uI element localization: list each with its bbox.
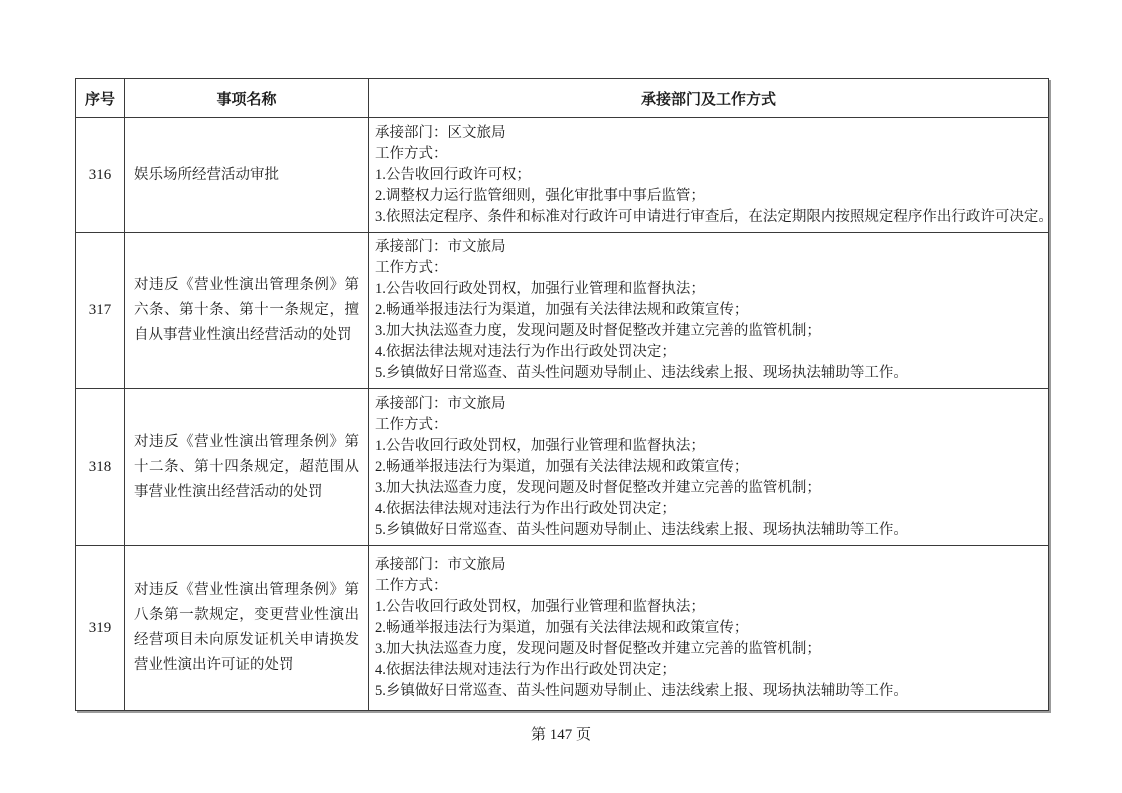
detail-line: 5.乡镇做好日常巡查、苗头性问题劝导制止、违法线索上报、现场执法辅助等工作。 [375,520,1040,541]
detail-line: 2.畅通举报违法行为渠道，加强有关法律法规和政策宣传； [375,300,1040,321]
detail-lines-cell: 承接部门：市文旅局 工作方式： 1.公告收回行政处罚权，加强行业管理和监督执法；… [369,546,1049,711]
item-name-cell: 娱乐场所经营活动审批 [125,118,369,233]
detail-line: 2.畅通举报违法行为渠道，加强有关法律法规和政策宣传； [375,618,1040,639]
detail-lines-cell: 承接部门：市文旅局 工作方式： 1.公告收回行政处罚权，加强行业管理和监督执法；… [369,389,1049,546]
document-page: 序号 事项名称 承接部门及工作方式 316 娱乐场所经营活动审批 承接部门：区文… [0,0,1122,793]
row-number-cell: 317 [76,233,125,389]
item-name-cell: 对违反《营业性演出管理条例》第八条第一款规定，变更营业性演出经营项目未向原发证机… [125,546,369,711]
detail-line: 5.乡镇做好日常巡查、苗头性问题劝导制止、违法线索上报、现场执法辅助等工作。 [375,363,1040,384]
page-footer: 第 147 页 [0,723,1122,744]
detail-lines-cell: 承接部门：区文旅局 工作方式： 1.公告收回行政许可权； 2.调整权力运行监管细… [369,118,1049,233]
table-row: 319 对违反《营业性演出管理条例》第八条第一款规定，变更营业性演出经营项目未向… [76,546,1049,711]
detail-line: 5.乡镇做好日常巡查、苗头性问题劝导制止、违法线索上报、现场执法辅助等工作。 [375,681,1040,702]
table-row: 317 对违反《营业性演出管理条例》第六条、第十条、第十一条规定，擅自从事营业性… [76,233,1049,389]
detail-line: 3.依照法定程序、条件和标准对行政许可申请进行审查后，在法定期限内按照规定程序作… [375,207,1040,228]
detail-line: 2.畅通举报违法行为渠道，加强有关法律法规和政策宣传； [375,457,1040,478]
detail-line: 1.公告收回行政处罚权，加强行业管理和监督执法； [375,279,1040,300]
table-row: 318 对违反《营业性演出管理条例》第十二条、第十四条规定，超范围从事营业性演出… [76,389,1049,546]
table-row: 316 娱乐场所经营活动审批 承接部门：区文旅局 工作方式： 1.公告收回行政许… [76,118,1049,233]
detail-line: 1.公告收回行政处罚权，加强行业管理和监督执法； [375,597,1040,618]
header-cell-item-name: 事项名称 [125,79,369,118]
detail-line: 承接部门：市文旅局 [375,555,1040,576]
items-table: 序号 事项名称 承接部门及工作方式 316 娱乐场所经营活动审批 承接部门：区文… [75,78,1049,711]
detail-lines-cell: 承接部门：市文旅局 工作方式： 1.公告收回行政处罚权，加强行业管理和监督执法；… [369,233,1049,389]
header-cell-department-method: 承接部门及工作方式 [369,79,1049,118]
detail-line: 承接部门：市文旅局 [375,394,1040,415]
row-number-cell: 316 [76,118,125,233]
item-name-cell: 对违反《营业性演出管理条例》第十二条、第十四条规定，超范围从事营业性演出经营活动… [125,389,369,546]
detail-line: 3.加大执法巡查力度，发现问题及时督促整改并建立完善的监管机制； [375,478,1040,499]
detail-line: 1.公告收回行政处罚权，加强行业管理和监督执法； [375,436,1040,457]
detail-line: 3.加大执法巡查力度，发现问题及时督促整改并建立完善的监管机制； [375,639,1040,660]
detail-line: 4.依据法律法规对违法行为作出行政处罚决定； [375,342,1040,363]
detail-line: 工作方式： [375,576,1040,597]
header-cell-serial-number: 序号 [76,79,125,118]
detail-line: 4.依据法律法规对违法行为作出行政处罚决定； [375,660,1040,681]
detail-line: 3.加大执法巡查力度，发现问题及时督促整改并建立完善的监管机制； [375,321,1040,342]
detail-line: 工作方式： [375,258,1040,279]
detail-line: 承接部门：市文旅局 [375,237,1040,258]
detail-line: 1.公告收回行政许可权； [375,165,1040,186]
detail-line: 工作方式： [375,144,1040,165]
table-header-row: 序号 事项名称 承接部门及工作方式 [76,79,1049,118]
item-name-cell: 对违反《营业性演出管理条例》第六条、第十条、第十一条规定，擅自从事营业性演出经营… [125,233,369,389]
detail-line: 承接部门：区文旅局 [375,123,1040,144]
row-number-cell: 319 [76,546,125,711]
detail-line: 工作方式： [375,415,1040,436]
detail-line: 2.调整权力运行监管细则，强化审批事中事后监管； [375,186,1040,207]
row-number-cell: 318 [76,389,125,546]
detail-line: 4.依据法律法规对违法行为作出行政处罚决定； [375,499,1040,520]
